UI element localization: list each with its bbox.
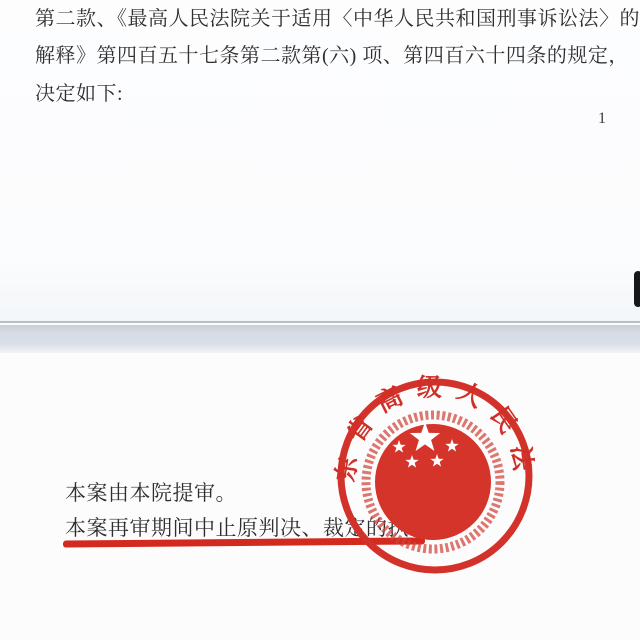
document-viewer: 第二款、《最高人民法院关于适用〈中华人民共和国刑事诉讼法〉的 解释》第四百五十七… <box>0 0 640 640</box>
document-page-2: 本案由本院提审。 本案再审期间中止原判决、裁定的执行。 <box>0 353 640 640</box>
body-text-line: 解释》第四百五十七条第二款第(六) 项、第四百六十四条的规定， <box>35 39 629 68</box>
seal-emblem-disc-icon <box>375 424 491 540</box>
page-separator <box>0 325 640 353</box>
scrollbar-thumb[interactable] <box>634 271 640 307</box>
body-text-line: 决定如下: <box>35 77 123 106</box>
court-seal-stamp: 东省高级人民法 <box>325 366 545 586</box>
page-number: 1 <box>598 110 606 128</box>
body-text-line: 本案由本院提审。 <box>65 477 237 507</box>
document-page-1: 第二款、《最高人民法院关于适用〈中华人民共和国刑事诉讼法〉的 解释》第四百五十七… <box>0 0 640 323</box>
body-text-line: 第二款、《最高人民法院关于适用〈中华人民共和国刑事诉讼法〉的 <box>35 2 640 31</box>
